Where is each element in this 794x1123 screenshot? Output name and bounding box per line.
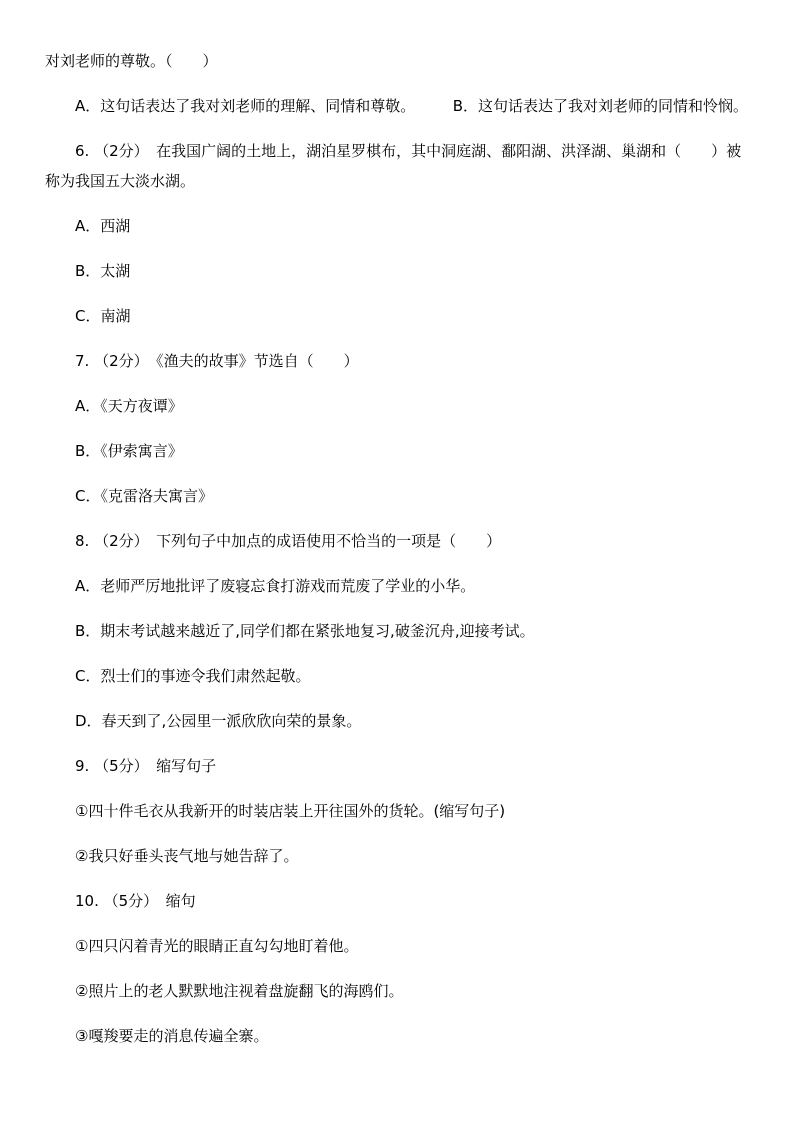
q6-option-b: B．太湖: [45, 256, 750, 286]
q8-option-a: A．老师严厉地批评了废寝忘食打游戏而荒废了学业的小华。: [45, 571, 750, 601]
q8-stem: 8. （2分） 下列句子中加点的成语使用不恰当的一项是（ ）: [45, 526, 750, 556]
q7-option-b: B．《伊索寓言》: [45, 436, 750, 466]
q6-stem: 6. （2分） 在我国广阔的土地上，湖泊星罗棋布，其中洞庭湖、鄱阳湖、洪泽湖、巢…: [45, 136, 750, 196]
q7-option-c: C．《克雷洛夫寓言》: [45, 481, 750, 511]
q8-option-d: D．春天到了,公园里一派欣欣向荣的景象。: [45, 706, 750, 736]
q9-stem: 9. （5分） 缩写句子: [45, 751, 750, 781]
q9-item-1: ①四十件毛衣从我新开的时装店装上开往国外的货轮。(缩写句子): [45, 796, 750, 826]
q10-item-1: ①四只闪着青光的眼睛正直勾勾地盯着他。: [45, 931, 750, 961]
q9-item-2: ②我只好垂头丧气地与她告辞了。: [45, 841, 750, 871]
q6-option-a: A．西湖: [45, 211, 750, 241]
q8-option-b: B．期末考试越来越近了,同学们都在紧张地复习,破釜沉舟,迎接考试。: [45, 616, 750, 646]
q7-stem: 7. （2分） 《渔夫的故事》节选自（ ）: [45, 346, 750, 376]
exam-document-page: 对刘老师的尊敬。（ ） A．这句话表达了我对刘老师的理解、同情和尊敬。 B．这句…: [0, 0, 794, 1123]
q7-option-a: A．《天方夜谭》: [45, 391, 750, 421]
q10-stem: 10. （5分） 缩句: [45, 886, 750, 916]
q8-option-c: C．烈士们的事迹令我们肃然起敬。: [45, 661, 750, 691]
q10-item-3: ③嘎羧要走的消息传遍全寨。: [45, 1021, 750, 1051]
q10-item-2: ②照片上的老人默默地注视着盘旋翻飞的海鸥们。: [45, 976, 750, 1006]
q6-option-c: C．南湖: [45, 301, 750, 331]
q5-stem-continuation: 对刘老师的尊敬。（ ）: [45, 46, 750, 76]
q5-options: A．这句话表达了我对刘老师的理解、同情和尊敬。 B．这句话表达了我对刘老师的同情…: [45, 91, 750, 121]
